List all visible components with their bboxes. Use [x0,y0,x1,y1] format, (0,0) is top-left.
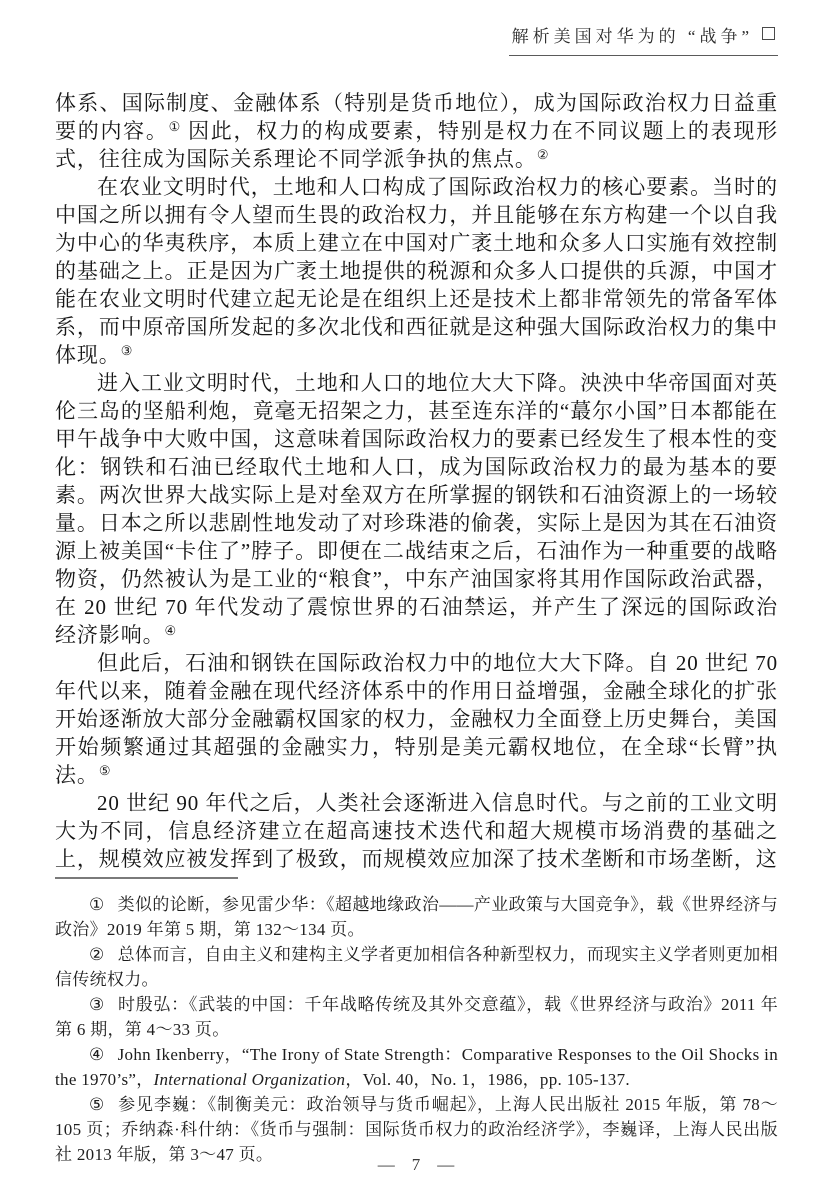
page-number: 7 [412,1155,421,1175]
running-head: 解析美国对华为的 “战争” [509,20,778,56]
footnote-divider [55,877,238,879]
footnotes-section: ①类似的论断，参见雷少华：《超越地缘政治——产业政策与大国竞争》，载《世界经济与… [55,892,778,1167]
footnote-journal-title: International Organization [154,1070,346,1089]
footnote-1: ①类似的论断，参见雷少华：《超越地缘政治——产业政策与大国竞争》，载《世界经济与… [55,892,778,942]
footnote-text: 总体而言，自由主义和建构主义学者更加相信各种新型权力，而现实主义学者则更加相信传… [55,945,778,989]
footnote-marker: ② [89,945,105,964]
paragraph-3: 进入工业文明时代，土地和人口的地位大大下降。泱泱中华帝国面对英伦三岛的坚船利炮，… [55,369,778,649]
footnote-ref-2: ② [537,147,549,162]
paragraph-text: 进入工业文明时代，土地和人口的地位大大下降。泱泱中华帝国面对英伦三岛的坚船利炮，… [55,371,778,647]
paragraph-text: 在农业文明时代，土地和人口构成了国际政治权力的核心要素。当时的中国之所以拥有令人… [55,175,778,367]
paragraph-2: 在农业文明时代，土地和人口构成了国际政治权力的核心要素。当时的中国之所以拥有令人… [55,173,778,369]
footnote-marker: ③ [89,995,105,1014]
footnote-3: ③时殷弘：《武装的中国：千年战略传统及其外交意蕴》，载《世界经济与政治》2011… [55,992,778,1042]
paragraph-1: 体系、国际制度、金融体系（特别是货币地位），成为国际政治权力日益重要的内容。① … [55,89,778,173]
footnote-text: 类似的论断，参见雷少华：《超越地缘政治——产业政策与大国竞争》，载《世界经济与政… [55,895,778,939]
paragraph-text: 但此后，石油和钢铁在国际政治权力中的地位大大下降。自 20 世纪 70 年代以来… [55,651,778,787]
paragraph-text: 20 世纪 90 年代之后，人类社会逐渐进入信息时代。与之前的工业文明大为不同，… [55,791,778,871]
running-head-title: 解析美国对华为的 “战争” [512,22,753,47]
paragraph-4: 但此后，石油和钢铁在国际政治权力中的地位大大下降。自 20 世纪 70 年代以来… [55,649,778,789]
footnote-text: ，Vol. 40，No. 1，1986，pp. 105-137. [345,1070,630,1089]
document-page: 解析美国对华为的 “战争” 体系、国际制度、金融体系（特别是货币地位），成为国际… [0,0,832,1200]
footnote-ref-1: ① [169,119,181,134]
body-text: 体系、国际制度、金融体系（特别是货币地位），成为国际政治权力日益重要的内容。① … [55,89,778,873]
page-header: 解析美国对华为的 “战争” [55,20,778,56]
end-of-header-square-icon [762,27,775,40]
footnote-marker: ① [89,895,105,914]
footer-left-dash: — [378,1155,395,1175]
footer-right-dash: — [437,1155,454,1175]
footnote-2: ②总体而言，自由主义和建构主义学者更加相信各种新型权力，而现实主义学者则更加相信… [55,942,778,992]
footnote-marker: ⑤ [89,1095,105,1114]
footnote-marker: ④ [89,1045,105,1064]
footnote-ref-3: ③ [121,343,133,358]
page-footer: — 7 — [0,1155,832,1175]
footnote-text: 参见李巍：《制衡美元：政治领导与货币崛起》，上海人民出版社 2015 年版，第 … [55,1095,778,1164]
footnote-4: ④John Ikenberry，“The Irony of State Stre… [55,1042,778,1092]
footnote-text: 时殷弘：《武装的中国：千年战略传统及其外交意蕴》，载《世界经济与政治》2011 … [55,995,778,1039]
paragraph-5: 20 世纪 90 年代之后，人类社会逐渐进入信息时代。与之前的工业文明大为不同，… [55,789,778,873]
footnote-ref-4: ④ [165,623,177,638]
footnote-ref-5: ⑤ [99,763,111,778]
